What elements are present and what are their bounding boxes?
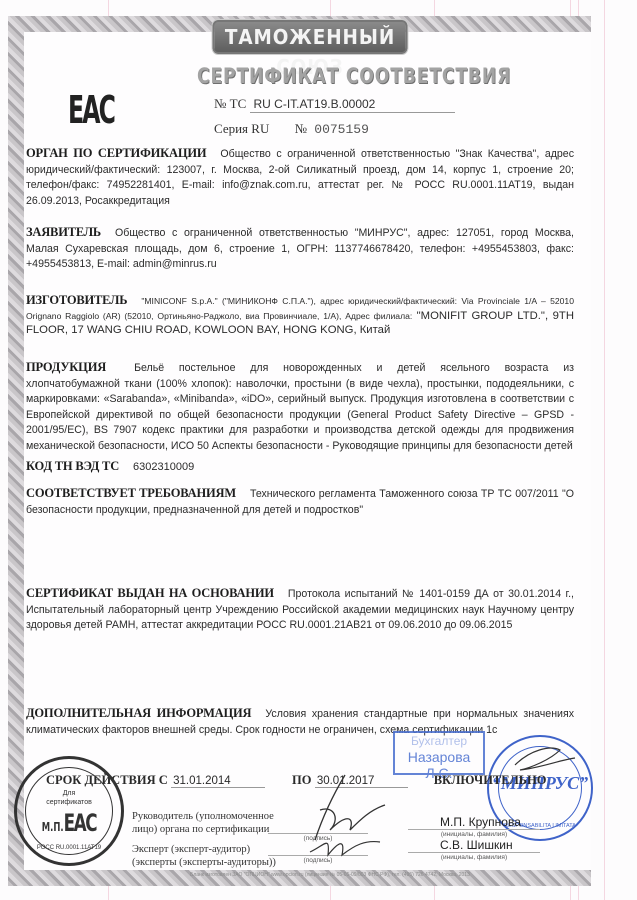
stamp-text: Для сертификатов [17, 789, 121, 807]
eac-logo-icon: ЕАС [68, 90, 99, 130]
section-product: ПРОДУКЦИЯБельё постельное для новорожден… [26, 360, 574, 454]
section-label: ЗАЯВИТЕЛЬ [26, 225, 101, 239]
expert-name: С.В. Шишкин [440, 838, 513, 852]
stamp-line-1: Бухгалтер [395, 733, 483, 749]
head-signature-icon [300, 770, 390, 860]
section-basis: СЕРТИФИКАТ ВЫДАН НА ОСНОВАНИИПротокола и… [26, 586, 574, 634]
customs-union-banner: ТАМОЖЕННЫЙ СОЮЗ [212, 20, 407, 54]
stamp-line-2: сертификатов [17, 798, 121, 807]
scan-line [604, 0, 605, 900]
section-applicant: ЗАЯВИТЕЛЬОбщество с ограниченной ответст… [26, 225, 574, 273]
expert-label-line-2: (эксперты (эксперты-аудиторы)) [132, 856, 276, 869]
section-additional-info: ДОПОЛНИТЕЛЬНАЯ ИНФОРМАЦИЯУсловия хранени… [26, 706, 574, 738]
applicant-signature-icon [510, 740, 580, 775]
inclusive-label: ВКЛЮЧИТЕЛЬНО [434, 773, 547, 787]
printer-footer: Бланк изготовлен ЗАО "ОПЦИОН" www.opcion… [180, 872, 480, 878]
head-name: М.П. Крупнова [440, 815, 521, 829]
valid-from-date: 31.01.2014 [171, 775, 265, 788]
section-hs-code: КОД ТН ВЭД ТС6302310009 [26, 459, 574, 476]
head-label-line-1: Руководитель (уполномоченное [132, 810, 274, 823]
expert-label-line-1: Эксперт (эксперт-аудитор) [132, 843, 276, 856]
section-label: СООТВЕТСТВУЕТ ТРЕБОВАНИЯМ [26, 486, 236, 500]
stamp-eac-logo-icon: М.П.ЕАС [33, 809, 106, 837]
stamp-bottom-text: РОСС RU.0001.11АТ19 [17, 845, 121, 851]
name-caption: (инициалы, фамилия) [408, 831, 540, 838]
section-label: ОРГАН ПО СЕРТИФИКАЦИИ [26, 146, 206, 160]
section-label: ПРОДУКЦИЯ [26, 360, 106, 374]
head-name-line [408, 829, 540, 830]
name-caption: (инициалы, фамилия) [408, 854, 540, 861]
head-signatory-label: Руководитель (уполномоченное лицо) орган… [132, 810, 274, 836]
series-number: 0075159 [314, 122, 369, 137]
tc-label: № ТС [214, 96, 246, 111]
accountant-stamp: Бухгалтер Назарова Л.С. [393, 731, 485, 775]
stamp-line-1: Для [17, 789, 121, 798]
section-text: Бельё постельное для новорожденных и дет… [26, 362, 574, 452]
series-row: Серия RU № 0075159 [214, 121, 369, 137]
section-certification-body: ОРГАН ПО СЕРТИФИКАЦИИОбщество с ограниче… [26, 146, 574, 209]
section-label: ИЗГОТОВИТЕЛЬ [26, 293, 127, 307]
section-label: ДОПОЛНИТЕЛЬНАЯ ИНФОРМАЦИЯ [26, 706, 251, 720]
series-label: Серия RU [214, 121, 269, 136]
certificate-title: СЕРТИФИКАТ СООТВЕТСТВИЯ [197, 64, 443, 88]
expert-label: Эксперт (эксперт-аудитор) (эксперты (экс… [132, 843, 276, 869]
section-text: Общество с ограниченной ответственностью… [26, 227, 574, 270]
tc-number: RU C-IT.AT19.B.00002 [250, 97, 456, 113]
head-label-line-2: лицо) органа по сертификации [132, 823, 274, 836]
hs-code-value: 6302310009 [133, 461, 194, 473]
certification-body-round-stamp: Для сертификатов М.П.ЕАС РОСС RU.0001.11… [14, 756, 124, 866]
section-manufacturer: ИЗГОТОВИТЕЛЬ"MINICONF S.p.A." ("МИНИКОНФ… [26, 293, 574, 338]
expert-name-line [408, 852, 540, 853]
section-label: КОД ТН ВЭД ТС [26, 459, 119, 473]
stamp-logo-text: ЕАС [64, 809, 97, 837]
section-label: СЕРТИФИКАТ ВЫДАН НА ОСНОВАНИИ [26, 586, 274, 600]
certificate-page: ТАМОЖЕННЫЙ СОЮЗ СЕРТИФИКАТ СООТВЕТСТВИЯ … [0, 0, 637, 900]
section-requirements: СООТВЕТСТВУЕТ ТРЕБОВАНИЯМТехнического ре… [26, 486, 574, 518]
series-num-label: № [295, 121, 307, 136]
tc-number-row: № ТС RU C-IT.AT19.B.00002 [214, 96, 455, 112]
mp-label: М.П. [42, 820, 64, 834]
